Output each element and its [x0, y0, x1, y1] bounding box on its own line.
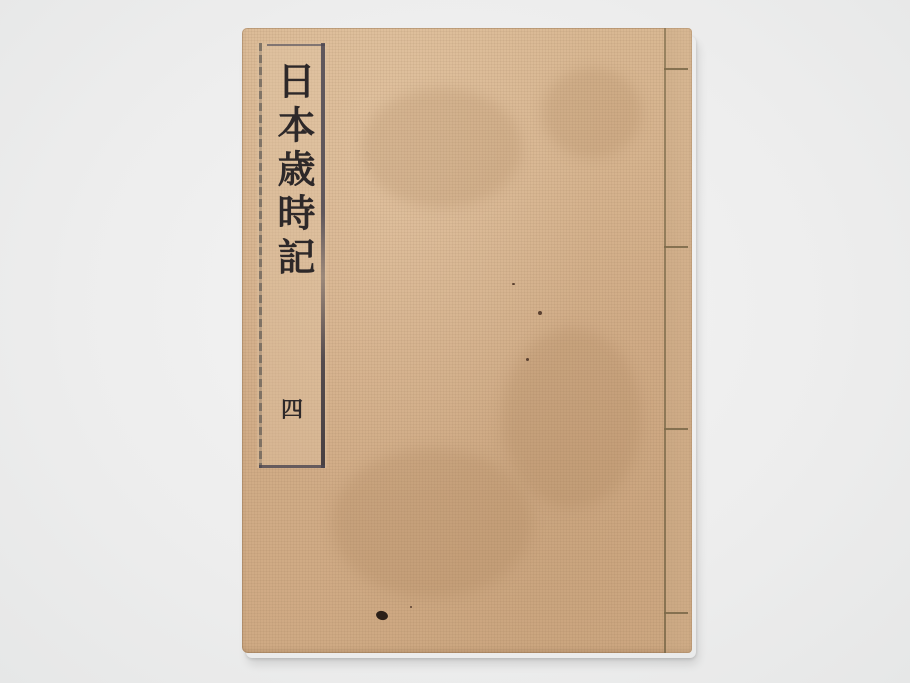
slip-border	[259, 465, 325, 468]
speck	[512, 283, 515, 285]
speck	[410, 606, 412, 608]
slip-border	[267, 44, 325, 46]
speck	[526, 358, 529, 361]
stain	[332, 448, 532, 598]
book-title: 日本歳時記	[267, 61, 319, 281]
speck	[538, 311, 542, 315]
stain	[362, 88, 522, 208]
binding-fold-line	[664, 28, 666, 653]
binding-stitch	[664, 68, 688, 70]
title-slip: 日本歳時記 四	[257, 43, 327, 468]
binding-stitch	[664, 428, 688, 430]
binding-stitch	[664, 612, 688, 614]
volume-number: 四	[257, 393, 327, 424]
stain	[502, 328, 642, 508]
wormhole	[375, 610, 389, 622]
book-cover: 日本歳時記 四	[242, 28, 692, 653]
stain	[542, 68, 642, 158]
binding-stitch	[664, 246, 688, 248]
binding-spine	[666, 28, 692, 653]
